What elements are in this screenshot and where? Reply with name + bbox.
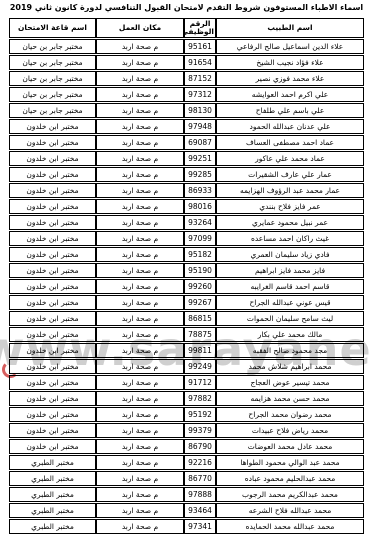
cell-number: 78875 xyxy=(184,327,216,342)
cell-number: 86770 xyxy=(184,471,216,486)
cell-hall: مختبر ابن خلدون xyxy=(9,167,96,182)
header-workplace: مكان العمل xyxy=(96,18,184,38)
cell-workplace: م صحة اربد xyxy=(96,71,184,86)
table-header: اسم الطبيب الرقم الوظيفي مكان العمل اسم … xyxy=(9,18,364,38)
cell-name: محمد تيسير عوض العجاج xyxy=(216,375,364,390)
cell-name: عماد احمد مصطفى العساف xyxy=(216,135,364,150)
cell-workplace: م صحة اربد xyxy=(96,199,184,214)
cell-hall: مختبر جابر بن حيان xyxy=(9,55,96,70)
cell-workplace: م صحة اربد xyxy=(96,263,184,278)
cell-hall: مختبر ابن خلدون xyxy=(9,247,96,262)
cell-name: محمد عادل محمد العوضات xyxy=(216,439,364,454)
cell-name: عمار محمد عبد الرؤوف الهزايمه xyxy=(216,183,364,198)
cell-workplace: م صحة اربد xyxy=(96,343,184,358)
header-exam-hall: اسم قاعة الامتحان xyxy=(9,18,96,38)
cell-number: 93264 xyxy=(184,215,216,230)
cell-number: 99811 xyxy=(184,343,216,358)
cell-hall: مختبر الطبري xyxy=(9,455,96,470)
table-row: محمد تيسير عوض العجاج91712م صحة اربدمختب… xyxy=(9,375,364,390)
cell-number: 97341 xyxy=(184,519,216,534)
header-row: اسم الطبيب الرقم الوظيفي مكان العمل اسم … xyxy=(9,18,364,38)
cell-name: عمر فايز فلاح بنندي xyxy=(216,199,364,214)
table-row: علاء محمد فوزي نصير87152م صحة اربدمختبر … xyxy=(9,71,364,86)
cell-workplace: م صحة اربد xyxy=(96,407,184,422)
table-row: محمد عبدالله محمد الحمايده97341م صحة ارب… xyxy=(9,519,364,534)
table-row: عمار علي عارف الشقيرات99285م صحة اربدمخت… xyxy=(9,167,364,182)
cell-name: محمد ابراهيم شلاش محمد xyxy=(216,359,364,374)
cell-name: محمد حسن محمد هزايمه xyxy=(216,391,364,406)
cell-hall: مختبر ابن خلدون xyxy=(9,391,96,406)
cell-name: علاء فؤاد نجيب الشيخ xyxy=(216,55,364,70)
cell-workplace: م صحة اربد xyxy=(96,439,184,454)
cell-workplace: م صحة اربد xyxy=(96,119,184,134)
cell-number: 86815 xyxy=(184,311,216,326)
cell-number: 69087 xyxy=(184,135,216,150)
cell-hall: مختبر الطبري xyxy=(9,471,96,486)
table-row: قاسم احمد قاسم الغرايبه99260م صحة اربدمخ… xyxy=(9,279,364,294)
cell-name: ليث سامح سليمان الحموات xyxy=(216,311,364,326)
cell-number: 95192 xyxy=(184,407,216,422)
cell-number: 97099 xyxy=(184,231,216,246)
cell-number: 92216 xyxy=(184,455,216,470)
table-body: علاء الدين اسماعيل صالح الرفاعي95161م صح… xyxy=(9,39,364,534)
cell-hall: مختبر ابن خلدون xyxy=(9,119,96,134)
table-row: عمار محمد عبد الرؤوف الهزايمه86933م صحة … xyxy=(9,183,364,198)
table-row: فادي زياد سليمان العمري95182م صحة اربدمخ… xyxy=(9,247,364,262)
cell-number: 98130 xyxy=(184,103,216,118)
cell-number: 99249 xyxy=(184,359,216,374)
table-row: مجد محمود صالح الفقيه99811م صحة اربدمختب… xyxy=(9,343,364,358)
cell-workplace: م صحة اربد xyxy=(96,311,184,326)
cell-name: قاسم احمد قاسم الغرايبه xyxy=(216,279,364,294)
cell-name: غيث راكان احمد مساعده xyxy=(216,231,364,246)
cell-workplace: م صحة اربد xyxy=(96,327,184,342)
table-row: فايز محمد فايز ابراهيم95190م صحة اربدمخت… xyxy=(9,263,364,278)
cell-hall: مختبر ابن خلدون xyxy=(9,199,96,214)
cell-number: 91712 xyxy=(184,375,216,390)
cell-number: 99285 xyxy=(184,167,216,182)
table-row: عماد محمد علي عاكور99251م صحة اربدمختبر … xyxy=(9,151,364,166)
cell-number: 95190 xyxy=(184,263,216,278)
page-title: اسماء الاطباء المستوفون شروط التقدم لامت… xyxy=(0,3,373,12)
cell-number: 99267 xyxy=(184,295,216,310)
cell-hall: مختبر ابن خلدون xyxy=(9,231,96,246)
cell-hall: مختبر ابن خلدون xyxy=(9,151,96,166)
cell-number: 97882 xyxy=(184,391,216,406)
cell-name: محمد رضوان محمد الجراح xyxy=(216,407,364,422)
cell-name: فادي زياد سليمان العمري xyxy=(216,247,364,262)
cell-workplace: م صحة اربد xyxy=(96,167,184,182)
cell-workplace: م صحة اربد xyxy=(96,39,184,54)
cell-number: 98016 xyxy=(184,199,216,214)
header-job-number: الرقم الوظيفي xyxy=(184,18,216,38)
doctors-table: اسم الطبيب الرقم الوظيفي مكان العمل اسم … xyxy=(9,17,364,535)
table-row: محمد عبدالكريم محمد الرجوب97888م صحة ارب… xyxy=(9,487,364,502)
cell-name: محمد عبد الوالي محمود الطواها xyxy=(216,455,364,470)
table-row: محمد عبد الوالي محمود الطواها92216م صحة … xyxy=(9,455,364,470)
cell-name: فايز محمد فايز ابراهيم xyxy=(216,263,364,278)
cell-name: علي عدنان عبدالله الحمود xyxy=(216,119,364,134)
cell-workplace: م صحة اربد xyxy=(96,151,184,166)
cell-workplace: م صحة اربد xyxy=(96,279,184,294)
cell-hall: مختبر ابن خلدون xyxy=(9,439,96,454)
table-row: محمد عادل محمد العوضات86790م صحة اربدمخت… xyxy=(9,439,364,454)
cell-name: عماد محمد علي عاكور xyxy=(216,151,364,166)
cell-hall: مختبر ابن خلدون xyxy=(9,183,96,198)
cell-name: محمد عبدالله محمد الحمايده xyxy=(216,519,364,534)
cell-hall: مختبر الطبري xyxy=(9,519,96,534)
header-doctor-name: اسم الطبيب xyxy=(216,18,364,38)
cell-number: 95161 xyxy=(184,39,216,54)
cell-number: 97312 xyxy=(184,87,216,102)
cell-number: 91654 xyxy=(184,55,216,70)
cell-name: مجد محمود صالح الفقيه xyxy=(216,343,364,358)
cell-number: 86933 xyxy=(184,183,216,198)
cell-workplace: م صحة اربد xyxy=(96,471,184,486)
cell-name: قيس عوني عبدالله الجراح xyxy=(216,295,364,310)
cell-hall: مختبر جابر بن حيان xyxy=(9,87,96,102)
cell-workplace: م صحة اربد xyxy=(96,519,184,534)
cell-workplace: م صحة اربد xyxy=(96,215,184,230)
table-row: علاء الدين اسماعيل صالح الرفاعي95161م صح… xyxy=(9,39,364,54)
cell-workplace: م صحة اربد xyxy=(96,423,184,438)
cell-hall: مختبر ابن خلدون xyxy=(9,327,96,342)
cell-name: علاء محمد فوزي نصير xyxy=(216,71,364,86)
cell-workplace: م صحة اربد xyxy=(96,247,184,262)
cell-workplace: م صحة اربد xyxy=(96,455,184,470)
cell-workplace: م صحة اربد xyxy=(96,231,184,246)
cell-hall: مختبر الطبري xyxy=(9,503,96,518)
cell-workplace: م صحة اربد xyxy=(96,135,184,150)
table-row: محمد عبدالله فلاح الشرعه93464م صحة اربدم… xyxy=(9,503,364,518)
table-row: ليث سامح سليمان الحموات86815م صحة اربدمخ… xyxy=(9,311,364,326)
cell-number: 99379 xyxy=(184,423,216,438)
cell-hall: مختبر جابر بن حيان xyxy=(9,71,96,86)
table-row: علي عدنان عبدالله الحمود97948م صحة اربدم… xyxy=(9,119,364,134)
table-row: علي باسم علي طلفاح98130م صحة اربدمختبر ج… xyxy=(9,103,364,118)
cell-name: عمر نبيل محمود عمايري xyxy=(216,215,364,230)
cell-workplace: م صحة اربد xyxy=(96,487,184,502)
cell-workplace: م صحة اربد xyxy=(96,295,184,310)
cell-name: محمد عبدالكريم محمد الرجوب xyxy=(216,487,364,502)
table-row: محمد رضوان محمد الجراح95192م صحة اربدمخت… xyxy=(9,407,364,422)
cell-name: محمد عبدالحليم محمود عباده xyxy=(216,471,364,486)
table-row: قيس عوني عبدالله الجراح99267م صحة اربدمخ… xyxy=(9,295,364,310)
cell-hall: مختبر ابن خلدون xyxy=(9,343,96,358)
table-row: غيث راكان احمد مساعده97099م صحة اربدمختب… xyxy=(9,231,364,246)
cell-workplace: م صحة اربد xyxy=(96,503,184,518)
table-row: علي اكرم احمد العوايشه97312م صحة اربدمخت… xyxy=(9,87,364,102)
cell-name: محمد رياض فلاح عبيدات xyxy=(216,423,364,438)
cell-name: علي باسم علي طلفاح xyxy=(216,103,364,118)
cell-number: 97948 xyxy=(184,119,216,134)
cell-number: 95182 xyxy=(184,247,216,262)
cell-workplace: م صحة اربد xyxy=(96,359,184,374)
cell-hall: مختبر ابن خلدون xyxy=(9,263,96,278)
cell-hall: مختبر ابن خلدون xyxy=(9,135,96,150)
cell-hall: مختبر ابن خلدون xyxy=(9,359,96,374)
cell-number: 86790 xyxy=(184,439,216,454)
cell-workplace: م صحة اربد xyxy=(96,183,184,198)
cell-number: 99251 xyxy=(184,151,216,166)
cell-hall: مختبر ابن خلدون xyxy=(9,375,96,390)
table-row: محمد ابراهيم شلاش محمد99249م صحة اربدمخت… xyxy=(9,359,364,374)
table-row: عمر فايز فلاح بنندي98016م صحة اربدمختبر … xyxy=(9,199,364,214)
table-row: محمد حسن محمد هزايمه97882م صحة اربدمختبر… xyxy=(9,391,364,406)
cell-workplace: م صحة اربد xyxy=(96,103,184,118)
table-row: علاء فؤاد نجيب الشيخ91654م صحة اربدمختبر… xyxy=(9,55,364,70)
table-row: عماد احمد مصطفى العساف69087م صحة اربدمخت… xyxy=(9,135,364,150)
cell-hall: مختبر الطبري xyxy=(9,487,96,502)
table-row: عمر نبيل محمود عمايري93264م صحة اربدمختب… xyxy=(9,215,364,230)
table-row: محمد عبدالحليم محمود عباده86770م صحة ارب… xyxy=(9,471,364,486)
cell-name: علي اكرم احمد العوايشه xyxy=(216,87,364,102)
cell-hall: مختبر ابن خلدون xyxy=(9,295,96,310)
cell-hall: مختبر ابن خلدون xyxy=(9,423,96,438)
cell-workplace: م صحة اربد xyxy=(96,87,184,102)
cell-name: محمد عبدالله فلاح الشرعه xyxy=(216,503,364,518)
cell-hall: مختبر جابر بن حيان xyxy=(9,103,96,118)
cell-workplace: م صحة اربد xyxy=(96,55,184,70)
cell-number: 99260 xyxy=(184,279,216,294)
cell-workplace: م صحة اربد xyxy=(96,375,184,390)
cell-name: عمار علي عارف الشقيرات xyxy=(216,167,364,182)
cell-number: 97888 xyxy=(184,487,216,502)
cell-number: 93464 xyxy=(184,503,216,518)
cell-hall: مختبر ابن خلدون xyxy=(9,311,96,326)
cell-hall: مختبر ابن خلدون xyxy=(9,407,96,422)
cell-workplace: م صحة اربد xyxy=(96,391,184,406)
cell-name: علاء الدين اسماعيل صالح الرفاعي xyxy=(216,39,364,54)
cell-hall: مختبر ابن خلدون xyxy=(9,215,96,230)
cell-name: مالك محمد علي بكار xyxy=(216,327,364,342)
cell-hall: مختبر جابر بن حيان xyxy=(9,39,96,54)
cell-number: 87152 xyxy=(184,71,216,86)
table-row: محمد رياض فلاح عبيدات99379م صحة اربدمختب… xyxy=(9,423,364,438)
cell-hall: مختبر ابن خلدون xyxy=(9,279,96,294)
table-row: مالك محمد علي بكار78875م صحة اربدمختبر ا… xyxy=(9,327,364,342)
